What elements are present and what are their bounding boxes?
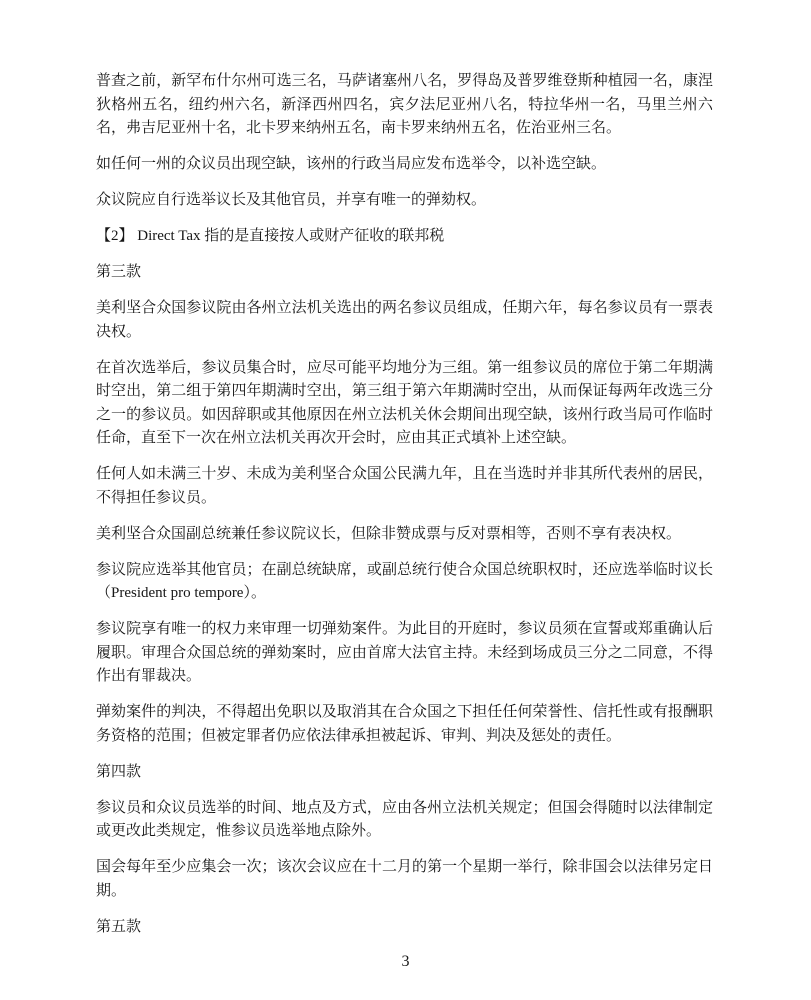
paragraph-senate-composition: 美利坚合众国参议院由各州立法机关选出的两名参议员组成，任期六年，每名参议员有一票… xyxy=(96,297,713,344)
heading-section-4: 第四款 xyxy=(96,761,713,785)
paragraph-senator-qualifications: 任何人如未满三十岁、未成为美利坚合众国公民满九年，且在当选时并非其所代表州的居民… xyxy=(96,463,713,510)
paragraph-impeachment-trials: 参议院享有唯一的权力来审理一切弹劾案件。为此目的开庭时，参议员须在宣誓或郑重确认… xyxy=(96,618,713,689)
paragraph-vice-president-senate-president: 美利坚合众国副总统兼任参议院议长，但除非赞成票与反对票相等，否则不享有表决权。 xyxy=(96,523,713,547)
paragraph-president-pro-tempore: 参议院应选举其他官员；在副总统缺席，或副总统行使合众国总统职权时，还应选举临时议… xyxy=(96,559,713,606)
paragraph-apportionment-before-census: 普查之前，新罕布什尔州可选三名，马萨诸塞州八名，罗得岛及普罗维登斯种植园一名，康… xyxy=(96,70,713,141)
page-number: 3 xyxy=(0,950,811,974)
paragraph-vacancy-writs-of-election: 如任何一州的众议员出现空缺，该州的行政当局应发布选举令，以补选空缺。 xyxy=(96,153,713,177)
heading-section-3: 第三款 xyxy=(96,261,713,285)
heading-section-5: 第五款 xyxy=(96,916,713,940)
paragraph-senate-classes-and-vacancies: 在首次选举后，参议员集合时，应尽可能平均地分为三组。第一组参议员的席位于第二年期… xyxy=(96,357,713,451)
footnote-direct-tax: 【2】 Direct Tax 指的是直接按人或财产征收的联邦税 xyxy=(96,225,713,249)
paragraph-house-speaker-impeachment-power: 众议院应自行选举议长及其他官员，并享有唯一的弹劾权。 xyxy=(96,189,713,213)
paragraph-election-times-places-manner: 参议员和众议员选举的时间、地点及方式，应由各州立法机关规定；但国会得随时以法律制… xyxy=(96,797,713,844)
paragraph-annual-assembly-of-congress: 国会每年至少应集会一次；该次会议应在十二月的第一个星期一举行，除非国会以法律另定… xyxy=(96,856,713,903)
document-body: 普查之前，新罕布什尔州可选三名，马萨诸塞州八名，罗得岛及普罗维登斯种植园一名，康… xyxy=(96,70,713,952)
document-page: 普查之前，新罕布什尔州可选三名，马萨诸塞州八名，罗得岛及普罗维登斯种植园一名，康… xyxy=(0,0,811,1000)
paragraph-impeachment-judgment-limits: 弹劾案件的判决，不得超出免职以及取消其在合众国之下担任任何荣誉性、信托性或有报酬… xyxy=(96,701,713,748)
